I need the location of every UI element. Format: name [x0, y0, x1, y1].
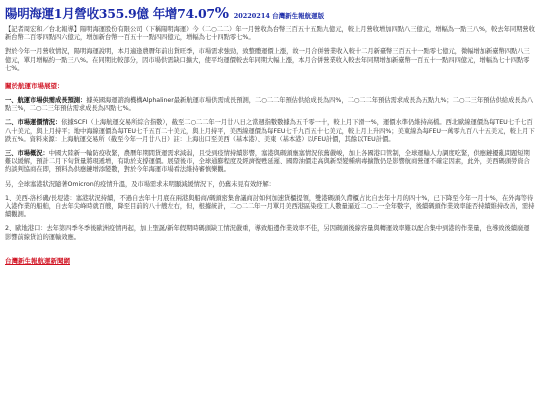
- outlook-item-label: 一、航運市場供需成長預測：: [5, 97, 86, 104]
- article-title-text: 陽明海運1月營收355.9億 年增74.07: [5, 6, 215, 21]
- section-heading: 關於航運市場展望：: [5, 81, 535, 90]
- outlook-item-market-overview: 三、市場概況：中國大陸新一輪防疫收緊，農曆年期間貨運需求減弱，且受到疫情持續影響…: [5, 150, 535, 175]
- port-item-us-west: 1、美西-洛杉磯/長堤港：塞港狀況持續，不過自去年十月底在兩港與船商/碼頭密集會…: [5, 195, 535, 220]
- port-item-europe: 2、歐地港口：去年第四季冬季後歐洲疫情再起，加上聖誕/新年假期時碼頭缺工情況嚴重…: [5, 225, 535, 241]
- outlook-item-text: 依據SCFI（上海航運交易所綜合指數），截至二○二二年一月廿八日之當週指數數據為…: [5, 119, 535, 142]
- outlook-item-supply-demand: 一、航運市場供需成長預測：據英國海運諮詢機構Alphaliner最新航運市場供需…: [5, 97, 535, 113]
- outlook-item-text: 中國大陸新一輪防疫收緊，農曆年期間貨運需求減弱，且受到疫情持續影響，塞港與碼頭壅…: [5, 150, 530, 173]
- article-paragraph-2: 對於今年一月營收情況，陽明海運說明，本月適逢農曆年前出貨旺季，市場需求強勁，致整…: [5, 48, 535, 73]
- headline-row: 陽明海運1月營收355.9億 年增74.07% 20220214 台灣新生報航運…: [5, 4, 535, 22]
- outlook-item-label: 二、市場運價情況：: [5, 119, 61, 126]
- outlook-item-label: 三、市場概況：: [5, 150, 49, 157]
- article-dateline: 20220214 台灣新生報航運版: [234, 11, 324, 20]
- article: 陽明海運1月營收355.9億 年增74.07% 20220214 台灣新生報航運…: [0, 0, 540, 267]
- congestion-intro: 另，全球塞港狀況隨著Omicron的疫情升溫，及市場需求未明顯減緩情況下，仍舊未…: [5, 181, 535, 189]
- news-site-link[interactable]: 台灣新生報航運新聞網: [5, 256, 70, 265]
- article-paragraph-1: 【記者周宏和／台北報導】陽明海運股份有限公司（下稱陽明海運）今（二○二二）年一月…: [5, 26, 535, 42]
- article-title-percent: %: [215, 4, 229, 22]
- article-title: 陽明海運1月營收355.9億 年增74.07%: [5, 4, 229, 22]
- outlook-item-freight-rates: 二、市場運價情況：依據SCFI（上海航運交易所綜合指數），截至二○二二年一月廿八…: [5, 119, 535, 144]
